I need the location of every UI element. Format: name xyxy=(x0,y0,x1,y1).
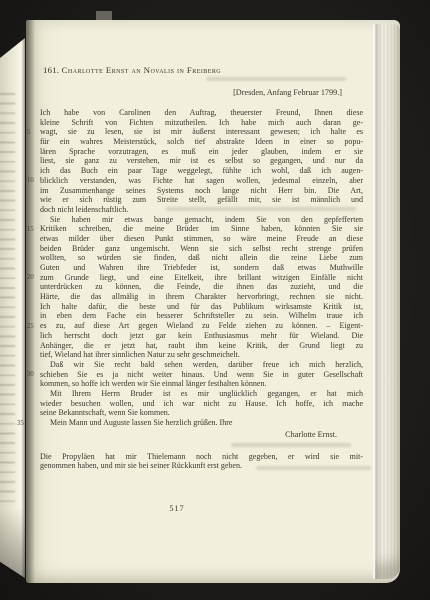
line-text: Guten und Wahren ihre Triebfeder ist, so… xyxy=(40,263,363,272)
line-text: liest, sie ganz zu verstehen, mir ist es… xyxy=(40,156,363,165)
line-text: Mein Mann und Auguste lassen Sie herzlic… xyxy=(50,418,232,427)
line-text: etwas milder über diesen Punkt stimmen, … xyxy=(40,234,363,243)
text-line: 20zum Grunde liegt, und eine Eitelkeit, … xyxy=(40,273,363,283)
page-number: 517 xyxy=(147,504,207,513)
line-text: in eben dem Fache ein besserer Schriftst… xyxy=(40,311,363,320)
line-text: beiden Brüder ganz ungemischt. Wenn sie … xyxy=(40,244,363,253)
line-text: Kritiken schreiben, die meine Brüder im … xyxy=(40,224,363,233)
text-line: für ein wahres Meisterstück, solch tief … xyxy=(40,137,363,147)
line-text: kleine Schrift von Fichten mitzutheilen.… xyxy=(40,118,363,127)
text-line: wollten, so würden sie finden, daß nicht… xyxy=(40,253,363,263)
text-line: Ich habe von Carolinen den Auftrag, theu… xyxy=(40,108,363,118)
text-line: Mit Ihrem Herrn Bruder ist es mir unglüc… xyxy=(40,389,363,399)
line-text: wie er sich rüstig zum Streite stellt, g… xyxy=(40,195,363,204)
line-text: wieder besuchen wollen, und ich war nich… xyxy=(40,399,363,408)
text-line: kommen, so hoffe ich werden wir Sie einm… xyxy=(40,379,363,389)
signature: Charlotte Ernst. xyxy=(40,430,363,440)
letter-body: Ich habe von Carolinen den Auftrag, theu… xyxy=(40,108,363,428)
text-line: lich herrscht doch jetzt gar kein Enthus… xyxy=(40,331,363,341)
facing-page-text-fragments xyxy=(0,90,15,508)
text-line: 30schieben Sie es ja nicht weiter hinaus… xyxy=(40,370,363,380)
letter-title: Charlotte Ernst an Novalis in Freiberg xyxy=(62,65,221,75)
text-line: im Zusammenhange seines Systems noch lan… xyxy=(40,186,363,196)
text-line: 35Mein Mann und Auguste lassen Sie herzl… xyxy=(40,418,363,428)
line-text: blicklich verstanden, was Fichte hat sag… xyxy=(40,176,363,185)
line-text: tief, Wieland hat ihrer sinnlichen Natur… xyxy=(40,350,240,359)
line-text: genommen haben, und mir sie bei seiner R… xyxy=(40,461,242,470)
text-line: genommen haben, und mir sie bei seiner R… xyxy=(40,461,363,471)
line-text: für ein wahres Meisterstück, solch tief … xyxy=(40,137,363,146)
text-line: Anhänger, die er jetzt hat, raubt ihm ke… xyxy=(40,341,363,351)
line-text: schieben Sie es ja nicht weiter hinaus. … xyxy=(40,370,363,379)
line-text: seine Bekanntschaft, wenn Sie kommen. xyxy=(40,408,170,417)
line-text: Ich halte dafür, die beste und für das P… xyxy=(40,302,363,311)
letter-heading: 161. Charlotte Ernst an Novalis in Freib… xyxy=(43,64,363,77)
text-line: 15Kritiken schreiben, die meine Brüder i… xyxy=(40,224,363,234)
text-line: 10blicklich verstanden, was Fichte hat s… xyxy=(40,176,363,186)
text-line: 25es zu, auf diese Art gegen Wieland zu … xyxy=(40,321,363,331)
text-line: wie er sich rüstig zum Streite stellt, g… xyxy=(40,195,363,205)
letter-text-block: 161. Charlotte Ernst an Novalis in Freib… xyxy=(40,64,363,471)
line-text: kommen, so hoffe ich werden wir Sie einm… xyxy=(40,379,266,388)
text-line: Härte, die das allmälig in ihrem Charakt… xyxy=(40,292,363,302)
text-line: in eben dem Fache ein besserer Schriftst… xyxy=(40,311,363,321)
line-text: Mit Ihrem Herrn Bruder ist es mir unglüc… xyxy=(50,389,363,398)
text-line: wieder besuchen wollen, und ich war nich… xyxy=(40,399,363,409)
line-text: Die Propyläen hat mir Thielemann noch ni… xyxy=(40,452,363,461)
text-line: tief, Wieland hat ihrer sinnlichen Natur… xyxy=(40,350,363,360)
postscript: Die Propyläen hat mir Thielemann noch ni… xyxy=(40,452,363,471)
text-line: beiden Brüder ganz ungemischt. Wenn sie … xyxy=(40,244,363,254)
line-text: Anhänger, die er jetzt hat, raubt ihm ke… xyxy=(40,341,363,350)
line-text: im Zusammenhange seines Systems noch lan… xyxy=(40,186,363,195)
text-line: liest, sie ganz zu verstehen, mir ist es… xyxy=(40,156,363,166)
text-line: Daß wir Sie recht bald sehen werden, dar… xyxy=(40,360,363,370)
line-text: Ich habe von Carolinen den Auftrag, theu… xyxy=(40,108,363,117)
letter-number: 161. xyxy=(43,65,59,75)
text-line: Sie haben mir etwas bange gemacht, indem… xyxy=(40,215,363,225)
text-line: Ich halte dafür, die beste und für das P… xyxy=(40,302,363,312)
line-text: lich herrscht doch jetzt gar kein Enthus… xyxy=(40,331,363,340)
text-line: unterdrücken zu können, die Feinde, die … xyxy=(40,282,363,292)
text-line: Guten und Wahren ihre Triebfeder ist, so… xyxy=(40,263,363,273)
line-text: es zu, auf diese Art gegen Wieland zu Fe… xyxy=(40,321,363,330)
text-line: doch nicht leidenschaftlich. xyxy=(40,205,363,215)
line-text: lären Sprache vorzutragen, es muß ein je… xyxy=(40,147,363,156)
text-line: etwas milder über diesen Punkt stimmen, … xyxy=(40,234,363,244)
line-text: ich das Buch ein paar Tage weggelegt, fü… xyxy=(40,166,363,175)
text-line: seine Bekanntschaft, wenn Sie kommen. xyxy=(40,408,363,418)
line-text: zum Grunde liegt, und eine Eitelkeit, ih… xyxy=(40,273,363,282)
text-line: Die Propyläen hat mir Thielemann noch ni… xyxy=(40,452,363,462)
dateline: [Dresden, Anfang Februar 1799.] xyxy=(40,88,363,98)
line-text: Daß wir Sie recht bald sehen werden, dar… xyxy=(50,360,363,369)
text-line: 5wagt, sie zu lesen, sie ist mir äußerst… xyxy=(40,127,363,137)
book-page: 161. Charlotte Ernst an Novalis in Freib… xyxy=(26,20,400,583)
line-text: doch nicht leidenschaftlich. xyxy=(40,205,128,214)
line-text: Sie haben mir etwas bange gemacht, indem… xyxy=(50,215,363,224)
line-text: wagt, sie zu lesen, sie ist mir äußerst … xyxy=(40,127,363,136)
line-text: Härte, die das allmälig in ihrem Charakt… xyxy=(40,292,363,301)
text-line: kleine Schrift von Fichten mitzutheilen.… xyxy=(40,118,363,128)
text-line: lären Sprache vorzutragen, es muß ein je… xyxy=(40,147,363,157)
line-text: wollten, so würden sie finden, daß nicht… xyxy=(40,253,363,262)
book-photo-background: { "colors": { "background": "#1d1b19", "… xyxy=(0,0,430,600)
fore-edge-page-stack xyxy=(373,24,400,579)
text-line: ich das Buch ein paar Tage weggelegt, fü… xyxy=(40,166,363,176)
spine-shadow xyxy=(21,20,35,583)
line-text: unterdrücken zu können, die Feinde, die … xyxy=(40,282,363,291)
